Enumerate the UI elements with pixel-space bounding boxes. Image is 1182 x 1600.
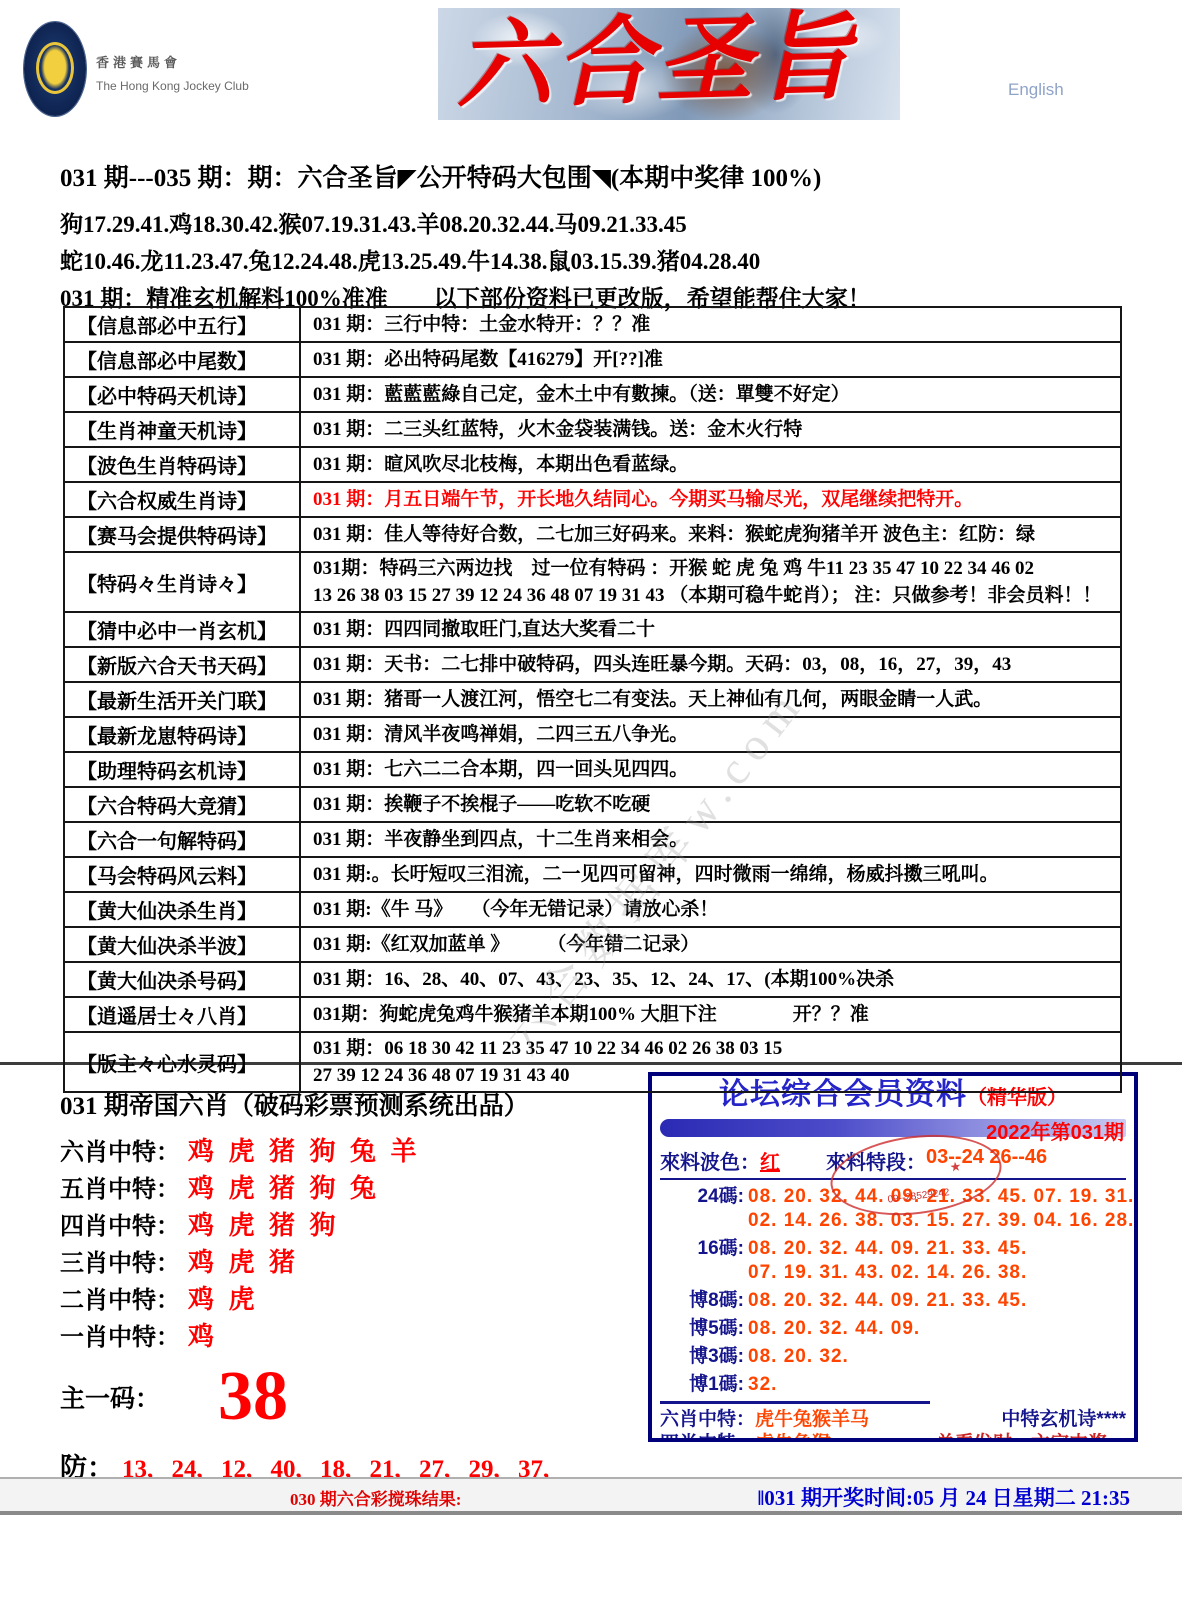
content-line: 031 期:《牛 马》 （今年无错记录）请放心杀！ [313,896,1114,923]
empire-row: 一肖中特：鸡 [60,1319,640,1356]
main-code-label: 主一码： [60,1379,160,1415]
logo-texts: 香港賽馬會 The Hong Kong Jockey Club [96,22,249,116]
content-line: 031 期:《红双加蓝单 》 （今年错二记录） [313,931,1114,958]
table-row: 【特码々生肖诗々】 031期：特码三六两边找 过一位有特码 ：开猴 蛇 虎 兔 … [65,551,1120,611]
row-content: 031 期：半夜静坐到四点，十二生肖来相会。 [301,824,1120,855]
code-line: 08. 20. 32. 44. 09. [748,1317,1126,1341]
row-label: 【六合权威生肖诗】 [65,483,301,516]
content-line: 031期：特码三六两边找 过一位有特码 ：开猴 蛇 虎 兔 鸡 牛11 23 3… [313,555,1114,582]
row-label: 【特码々生肖诗々】 [65,553,301,611]
logo-title-zh: 香港賽馬會 [96,52,249,71]
empire-row: 二肖中特：鸡 虎 [60,1282,640,1319]
row-label: 【赛马会提供特码诗】 [65,518,301,551]
footer-prev-result: 030 期六合彩搅珠结果: [290,1485,461,1510]
poem-line: 单看发财，六字中奖。 [914,1432,1126,1442]
banner-title: 六合圣旨 [454,0,1017,129]
zodiac-line-1: 狗17.29.41.鸡18.30.42.猴07.19.31.43.羊08.20.… [60,206,871,243]
empire-value: 鸡 虎 猪 狗 [188,1211,340,1240]
content-line: 13 26 38 03 15 27 39 12 24 36 48 07 19 3… [313,582,1114,609]
content-line: 27 39 12 24 36 48 07 19 31 43 40 [313,1062,1114,1089]
zodiac-line-2: 蛇10.46.龙11.23.47.兔12.24.48.虎13.25.49.牛14… [60,243,871,280]
member-codes: 24碼: 08. 20. 32. 44. 09. 21. 33. 45. 07.… [660,1185,1126,1397]
logo-title-en: The Hong Kong Jockey Club [96,79,249,93]
empire-row: 四肖中特：鸡 虎 猪 狗 [60,1208,640,1245]
table-row: 【生肖神童天机诗】 031 期：二三头红蓝特，火木金袋装满钱。送：金木火行特 [65,411,1120,446]
table-row: 【波色生肖特码诗】 031 期：暄风吹尽北枝梅，本期出色看蓝绿。 [65,446,1120,481]
code-line: 32. [748,1373,1126,1397]
row-content: 031 期:。长吁短叹三泪流，二一见四可留神，四时微雨一绵绵，杨威抖擞三吼叫。 [301,859,1120,890]
headline: 031 期---035 期：期：六合圣旨◤公开特码大包围◥(本期中奖律 100%… [60,158,821,194]
content-line: 031 期:。长吁短叹三泪流，二一见四可留神，四时微雨一绵绵，杨威抖擞三吼叫。 [313,861,1114,888]
code-row: 24碼: 08. 20. 32. 44. 09. 21. 33. 45. 07.… [660,1185,1126,1233]
content-line: 031 期：猪哥一人渡江河，悟空七二有变法。天上神仙有几何，两眼金睛一人武。 [313,686,1114,713]
empire-label: 二肖中特： [60,1288,180,1314]
table-row: 【六合权威生肖诗】 031 期：月五日端午节，开长地久结同心。今期买马输尽光，双… [65,481,1120,516]
empire-row: 六肖中特：鸡 虎 猪 狗 兔 羊 [60,1134,640,1171]
row-content: 031 期:《牛 马》 （今年无错记录）请放心杀！ [301,894,1120,925]
code-label: 博8碼: [660,1289,748,1313]
english-link[interactable]: English [1008,80,1064,100]
hkjc-logo: 香港賽馬會 The Hong Kong Jockey Club [24,22,249,116]
row-label: 【最新龙崽特码诗】 [65,718,301,751]
row-content: 031 期：月五日端午节，开长地久结同心。今期买马输尽光，双尾继续把特开。 [301,484,1120,515]
row-label: 【黄大仙决杀号码】 [65,963,301,996]
wave-value: 红 [760,1146,780,1175]
table-row: 【助理特码玄机诗】 031 期：七六二二合本期，四一回头见四四。 [65,751,1120,786]
table-row: 【黄大仙决杀半波】 031 期:《红双加蓝单 》 （今年错二记录） [65,926,1120,961]
row-label: 【六合一句解特码】 [65,823,301,856]
code-label: 博5碼: [660,1317,748,1341]
row-content: 031 期：必出特码尾数【416279】开[??]准 [301,344,1120,375]
code-lines: 08. 20. 32. [748,1345,1126,1369]
row-content: 031 期：16、28、40、07、43、23、35、12、24、17、(本期1… [301,964,1120,995]
footer-bar: 030 期六合彩搅珠结果: ‖031 期开奖时间:05 月 24 日星期二 21… [0,1477,1182,1515]
empire-label: 四肖中特： [60,1214,180,1240]
row-label: 【必中特码天机诗】 [65,378,301,411]
content-line: 031期：狗蛇虎兔鸡牛猴猪羊本期100% 大胆下注 开？？准 [313,1001,1114,1028]
code-label: 16碼: [660,1237,748,1285]
row-content: 031 期：清风半夜鸣禅娟，二四三五八争光。 [301,719,1120,750]
row-label: 【新版六合天书天码】 [65,648,301,681]
main-code-value: 38 [218,1366,288,1428]
member-zodiac-row: 四肖中特：虎牛兔猴 [660,1432,914,1442]
code-lines: 32. [748,1373,1126,1397]
table-row: 【黄大仙决杀号码】 031 期：16、28、40、07、43、23、35、12、… [65,961,1120,996]
hkjc-badge-icon [24,22,86,116]
empire-value: 鸡 [188,1322,218,1351]
content-line: 031 期：月五日端午节，开长地久结同心。今期买马输尽光，双尾继续把特开。 [313,486,1114,513]
member-source-row: 來料波色： 红 來料特段： 03--24 26--46 [660,1146,1126,1175]
member-rule [660,1178,1126,1180]
page-root: 香港賽馬會 The Hong Kong Jockey Club 六合圣旨 Eng… [0,0,1182,1600]
member-zodiacs: 六肖中特：虎牛兔猴羊马 四肖中特：虎牛兔猴 两肖中特：虎牛 [660,1408,914,1442]
content-line: 031 期：06 18 30 42 11 23 35 47 10 22 34 4… [313,1035,1114,1062]
row-content: 031 期：七六二二合本期，四一回头见四四。 [301,754,1120,785]
banner-image: 六合圣旨 [438,8,900,120]
intro-block: 狗17.29.41.鸡18.30.42.猴07.19.31.43.羊08.20.… [60,206,871,317]
code-label: 博1碼: [660,1373,748,1397]
main-code-row: 主一码： 38 [60,1366,640,1428]
row-label: 【助理特码玄机诗】 [65,753,301,786]
wave-label: 來料波色： [660,1146,760,1175]
code-line: 08. 20. 32. 44. 09. 21. 33. 45. [748,1237,1126,1261]
table-row: 【逍遥居士々八肖】 031期：狗蛇虎兔鸡牛猴猪羊本期100% 大胆下注 开？？准 [65,996,1120,1031]
member-poem: 中特玄机诗**** 单看发财，六字中奖。 今期财神，狗送来二。 [914,1408,1126,1442]
row-label: 【逍遥居士々八肖】 [65,998,301,1031]
code-lines: 08. 20. 32. 44. 09. 21. 33. 45. 07. 19. … [748,1237,1126,1285]
empire-value: 鸡 虎 猪 [188,1248,299,1277]
content-line: 031 期：四四同撤取旺门,直达大奖看二十 [313,616,1114,643]
code-line: 02. 14. 26. 38. 03. 15. 27. 39. 04. 16. … [748,1209,1138,1233]
poem-title: 中特玄机诗**** [914,1408,1126,1432]
member-issue: 2022年第031期 [986,1116,1124,1145]
row-label: 【生肖神童天机诗】 [65,413,301,446]
content-line: 031 期：七六二二合本期，四一回头见四四。 [313,756,1114,783]
zodiac-label: 四肖中特： [660,1433,755,1442]
zodiac-label: 六肖中特： [660,1409,755,1430]
member-zodiac-row: 六肖中特：虎牛兔猴羊马 [660,1408,914,1432]
table-row: 【六合特码大竞猜】 031 期：挨鞭子不挨棍子——吃软不吃硬 [65,786,1120,821]
content-line: 031 期：暄风吹尽北枝梅，本期出色看蓝绿。 [313,451,1114,478]
row-content: 031 期：挨鞭子不挨棍子——吃软不吃硬 [301,789,1120,820]
code-lines: 08. 20. 32. 44. 09. [748,1317,1126,1341]
row-content: 031 期：四四同撤取旺门,直达大奖看二十 [301,614,1120,645]
empire-label: 五肖中特： [60,1177,180,1203]
table-row: 【最新龙崽特码诗】 031 期：清风半夜鸣禅娟，二四三五八争光。 [65,716,1120,751]
member-rule-2 [660,1401,930,1404]
row-label: 【猜中必中一肖玄机】 [65,613,301,646]
code-row: 博5碼: 08. 20. 32. 44. 09. [660,1317,1126,1341]
table-row: 【最新生活开关门联】 031 期：猪哥一人渡江河，悟空七二有变法。天上神仙有几何… [65,681,1120,716]
member-box: 论坛综合会员资料（精华版） 2022年第031期 來料波色： 红 來料特段： 0… [648,1072,1138,1442]
row-label: 【波色生肖特码诗】 [65,448,301,481]
table-row: 【猜中必中一肖玄机】 031 期：四四同撤取旺门,直达大奖看二十 [65,611,1120,646]
code-row: 博8碼: 08. 20. 32. 44. 09. 21. 33. 45. [660,1289,1126,1313]
row-content: 031 期：藍藍藍綠自己定，金木土中有數揀。（送：單雙不好定） [301,379,1120,410]
row-content: 031 期：二三头红蓝特，火木金袋装满钱。送：金木火行特 [301,414,1120,445]
empire-row: 五肖中特：鸡 虎 猪 狗 兔 [60,1171,640,1208]
table-row: 【信息部必中五行】 031 期：三行中特：土金水特开：？？准 [65,308,1120,341]
row-content: 031 期:《红双加蓝单 》 （今年错二记录） [301,929,1120,960]
row-content: 031 期：猪哥一人渡江河，悟空七二有变法。天上神仙有几何，两眼金睛一人武。 [301,684,1120,715]
table-row: 【马会特码风云料】 031 期:。长吁短叹三泪流，二一见四可留神，四时微雨一绵绵… [65,856,1120,891]
code-row: 16碼: 08. 20. 32. 44. 09. 21. 33. 45. 07.… [660,1237,1126,1285]
code-line: 08. 20. 32. 44. 09. 21. 33. 45. [748,1289,1126,1313]
row-content: 031 期：暄风吹尽北枝梅，本期出色看蓝绿。 [301,449,1120,480]
footer-draw-time: ‖031 期开奖时间:05 月 24 日星期二 21:35 [757,1482,1130,1512]
empire-label: 一肖中特： [60,1325,180,1351]
empire-label: 三肖中特： [60,1251,180,1277]
content-line: 031 期：16、28、40、07、43、23、35、12、24、17、(本期1… [313,966,1114,993]
content-line: 031 期：清风半夜鸣禅娟，二四三五八争光。 [313,721,1114,748]
content-line: 031 期：天书：二七排中破特码，四头连旺暴今期。天码：03，08，16，27，… [313,651,1114,678]
code-label: 24碼: [660,1185,748,1233]
content-line: 031 期：挨鞭子不挨棍子——吃软不吃硬 [313,791,1114,818]
empire-value: 鸡 虎 [188,1285,259,1314]
table-row: 【信息部必中尾数】 031 期：必出特码尾数【416279】开[??]准 [65,341,1120,376]
row-content: 031期：特码三六两边找 过一位有特码 ：开猴 蛇 虎 兔 鸡 牛11 23 3… [301,553,1120,611]
code-label: 博3碼: [660,1345,748,1369]
table-row: 【版主々心水灵码】 031 期：06 18 30 42 11 23 35 47 … [65,1031,1120,1091]
content-line: 031 期：藍藍藍綠自己定，金木土中有數揀。（送：單雙不好定） [313,381,1114,408]
code-line: 08. 20. 32. 44. 09. 21. 33. 45. 07. 19. … [748,1185,1138,1209]
table-row: 【黄大仙决杀生肖】 031 期:《牛 马》 （今年无错记录）请放心杀！ [65,891,1120,926]
content-line: 031 期：必出特码尾数【416279】开[??]准 [313,346,1114,373]
empire-section: 031 期帝国六肖（破码彩票预测系统出品） 六肖中特：鸡 虎 猪 狗 兔 羊 五… [60,1086,640,1485]
content-line: 031 期：二三头红蓝特，火木金袋装满钱。送：金木火行特 [313,416,1114,443]
table-row: 【必中特码天机诗】 031 期：藍藍藍綠自己定，金木土中有數揀。（送：單雙不好定… [65,376,1120,411]
code-line: 08. 20. 32. [748,1345,1126,1369]
row-label: 【信息部必中五行】 [65,308,301,341]
row-content: 031期：狗蛇虎兔鸡牛猴猪羊本期100% 大胆下注 开？？准 [301,999,1120,1030]
table-row: 【赛马会提供特码诗】 031 期：佳人等待好合数，二七加三好码来。来料：猴蛇虎狗… [65,516,1120,551]
code-row: 博1碼: 32. [660,1373,1126,1397]
row-label: 【马会特码风云料】 [65,858,301,891]
code-lines: 08. 20. 32. 44. 09. 21. 33. 45. 07. 19. … [748,1185,1138,1233]
table-row: 【新版六合天书天码】 031 期：天书：二七排中破特码，四头连旺暴今期。天码：0… [65,646,1120,681]
empire-value: 鸡 虎 猪 狗 兔 [188,1174,380,1203]
code-row: 博3碼: 08. 20. 32. [660,1345,1126,1369]
row-content: 031 期：天书：二七排中破特码，四头连旺暴今期。天码：03，08，16，27，… [301,649,1120,680]
row-content: 031 期：三行中特：土金水特开：？？准 [301,309,1120,340]
row-content: 031 期：06 18 30 42 11 23 35 47 10 22 34 4… [301,1033,1120,1091]
content-line: 031 期：半夜静坐到四点，十二生肖来相会。 [313,826,1114,853]
row-label: 【最新生活开关门联】 [65,683,301,716]
code-lines: 08. 20. 32. 44. 09. 21. 33. 45. [748,1289,1126,1313]
empire-value: 鸡 虎 猪 狗 兔 羊 [188,1137,421,1166]
row-content: 031 期：佳人等待好合数，二七加三好码来。来料：猴蛇虎狗猪羊开 波色主：红防：… [301,519,1120,550]
zodiac-value: 虎牛兔猴 [755,1433,831,1442]
row-label: 【黄大仙决杀半波】 [65,928,301,961]
empire-row: 三肖中特：鸡 虎 猪 [60,1245,640,1282]
content-line: 031 期：佳人等待好合数，二七加三好码来。来料：猴蛇虎狗猪羊开 波色主：红防：… [313,521,1114,548]
member-bottom: 六肖中特：虎牛兔猴羊马 四肖中特：虎牛兔猴 两肖中特：虎牛 中特玄机诗**** … [660,1408,1126,1442]
row-label: 【信息部必中尾数】 [65,343,301,376]
zodiac-value: 虎牛兔猴羊马 [755,1409,869,1430]
content-line: 031 期：三行中特：土金水特开：？？准 [313,311,1114,338]
table-row: 【六合一句解特码】 031 期：半夜静坐到四点，十二生肖来相会。 [65,821,1120,856]
row-label: 【版主々心水灵码】 [65,1033,301,1091]
seg-value: 03--24 26--46 [926,1146,1047,1175]
row-label: 【黄大仙决杀生肖】 [65,893,301,926]
seg-label: 來料特段： [826,1146,926,1175]
prediction-table: 【信息部必中五行】 031 期：三行中特：土金水特开：？？准 【信息部必中尾数】… [63,306,1122,1093]
empire-label: 六肖中特： [60,1140,180,1166]
code-line: 07. 19. 31. 43. 02. 14. 26. 38. [748,1261,1126,1285]
row-label: 【六合特码大竞猜】 [65,788,301,821]
